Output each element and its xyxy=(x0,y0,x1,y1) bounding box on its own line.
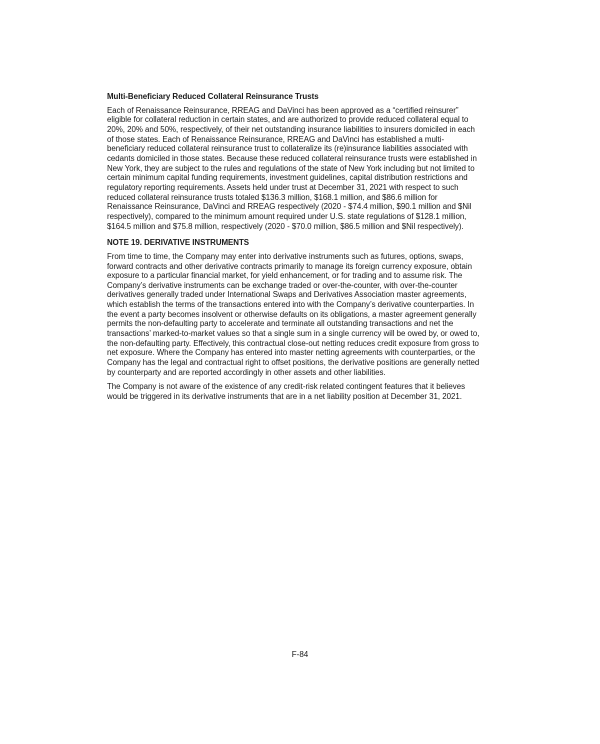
text-line: derivatives generally traded under Inter… xyxy=(107,290,491,300)
page-number: F-84 xyxy=(0,650,600,659)
text-line: forward contracts and other derivative c… xyxy=(107,262,491,272)
text-line: respectively), compared to the minimum a… xyxy=(107,212,491,222)
section-heading-reduced-collateral-trusts: Multi-Beneficiary Reduced Collateral Rei… xyxy=(107,92,491,102)
text-line: New York, they are subject to the rules … xyxy=(107,164,491,174)
text-line: certain minimum capital funding requirem… xyxy=(107,173,491,183)
text-line: Company’s derivative instruments can be … xyxy=(107,281,491,291)
text-line: by counterparty and are reported accordi… xyxy=(107,368,491,378)
text-line: which establish the terms of the transac… xyxy=(107,300,491,310)
text-line: The Company is not aware of the existenc… xyxy=(107,382,491,392)
paragraph-derivative-instruments: From time to time, the Company may enter… xyxy=(107,252,491,378)
text-line: permits the non-defaulting party to acce… xyxy=(107,319,491,329)
section-heading-note-19: NOTE 19. DERIVATIVE INSTRUMENTS xyxy=(107,238,491,248)
text-line: reduced collateral reinsurance trusts to… xyxy=(107,193,491,203)
text-line: Company has the legal and contractual ri… xyxy=(107,358,491,368)
text-line: cedants domiciled in those states. Becau… xyxy=(107,154,491,164)
paragraph-reduced-collateral-trusts: Each of Renaissance Reinsurance, RREAG a… xyxy=(107,106,491,232)
text-line: 20%, 20% and 50%, respectively, of their… xyxy=(107,125,491,135)
text-line: $164.5 million and $75.8 million, respec… xyxy=(107,222,491,232)
text-line: would be triggered in its derivative ins… xyxy=(107,392,491,402)
text-line: Each of Renaissance Reinsurance, RREAG a… xyxy=(107,106,491,116)
text-line: transactions’ marked-to-market values so… xyxy=(107,329,491,339)
text-line: regulatory reporting requirements. Asset… xyxy=(107,183,491,193)
text-line: Renaissance Reinsurance, DaVinci and RRE… xyxy=(107,202,491,212)
text-line: exposure to a particular financial marke… xyxy=(107,271,491,281)
paragraph-credit-risk: The Company is not aware of the existenc… xyxy=(107,382,491,401)
text-line: of those states. Each of Renaissance Rei… xyxy=(107,135,491,145)
text-line: eligible for collateral reduction in cer… xyxy=(107,115,491,125)
text-line: the event a party becomes insolvent or o… xyxy=(107,310,491,320)
text-line: From time to time, the Company may enter… xyxy=(107,252,491,262)
document-page: Multi-Beneficiary Reduced Collateral Rei… xyxy=(107,92,491,407)
text-line: the non-defaulting party. Effectively, t… xyxy=(107,339,491,349)
text-line: beneficiary reduced collateral reinsuran… xyxy=(107,144,491,154)
text-line: net exposure. Where the Company has ente… xyxy=(107,348,491,358)
